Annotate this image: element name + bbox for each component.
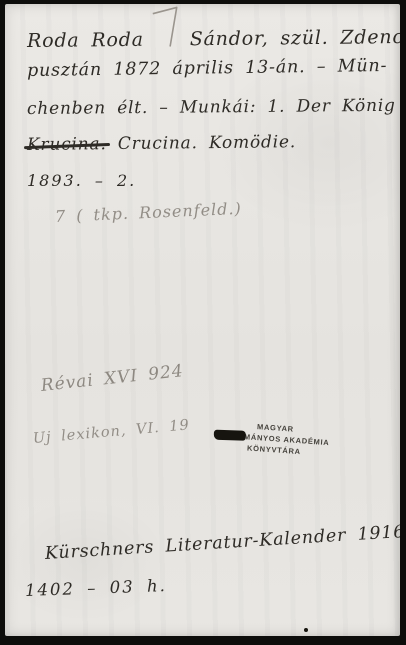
ink-line-4: Krucina. Crucina. Komödie. <box>27 132 296 155</box>
ink-line-2: pusztán 1872 április 13-án. – Mün- <box>27 56 388 81</box>
ink-line-1: Roda Roda Sándor, szül. Zdenci- <box>27 16 400 52</box>
pencil-reference-lexikon: Uj lexikon, VI. 19 <box>32 417 190 447</box>
ink-blot <box>214 430 246 441</box>
pencil-pseudonym-note: 7 ( tkp. Rosenfeld.) <box>55 199 243 226</box>
paper-speck <box>304 628 308 632</box>
library-stamp: MAGYAR TUDOMÁNYOS AKADÉMIA KÖNYVTÁRA <box>211 418 339 460</box>
author-name: Roda Roda <box>27 29 144 52</box>
location-reference: 1402 – 03 h. <box>25 576 167 600</box>
pencil-insertion-mark-icon <box>150 18 184 50</box>
source-reference: Kürschners Literatur-Kalender 1916. <box>44 522 400 564</box>
ink-line-1-rest: Sándor, szül. Zdenci- <box>190 26 400 50</box>
catalog-card-scan: Roda Roda Sándor, szül. Zdenci- pusztán … <box>0 0 406 645</box>
ink-line-3: chenben élt. – Munkái: 1. Der König von <box>27 95 400 119</box>
card-paper: Roda Roda Sándor, szül. Zdenci- pusztán … <box>5 4 400 636</box>
struck-word: Krucina. <box>27 134 107 155</box>
pencil-reference-revai: Révai XVI 924 <box>40 361 185 396</box>
ink-line-4-rest: Crucina. Komödie. <box>118 132 296 154</box>
ink-line-5: 1893. – 2. <box>27 171 136 190</box>
